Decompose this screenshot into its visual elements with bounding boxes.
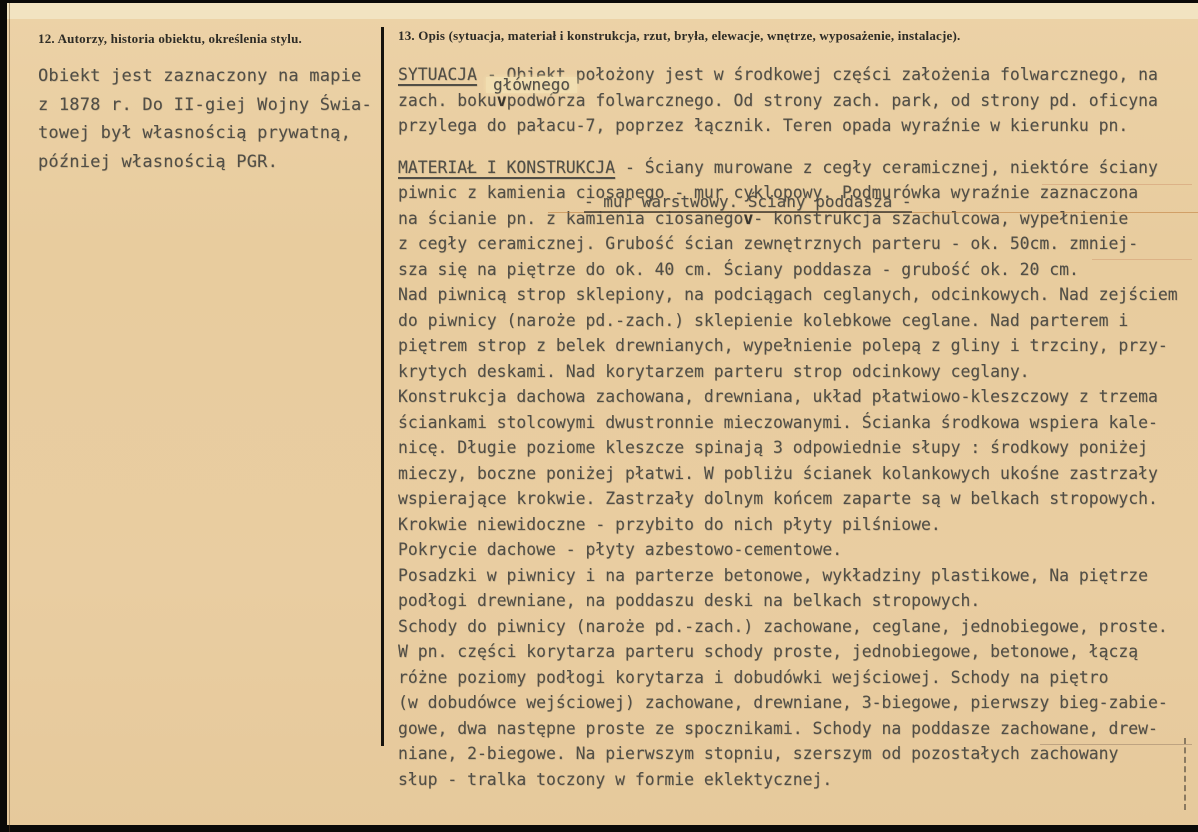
text-run: - Obiekt położony jest w środkowej częśc… bbox=[477, 65, 1158, 84]
text-line: wspierające krokwie. Zastrzały dolnym ko… bbox=[398, 486, 1194, 512]
text-line: Schody do piwnicy (naroże pd.-zach.) zac… bbox=[398, 614, 1194, 640]
text-line: później własnością PGR. bbox=[38, 148, 372, 177]
material-label: MATERIAŁ I KONSTRUKCJA bbox=[398, 158, 615, 177]
text-line: mieczy, boczne poniżej płatwi. W pobliżu… bbox=[398, 461, 1194, 487]
scan-artifact-dashes bbox=[1184, 738, 1186, 810]
text-line: sza się na piętrze do ok. 40 cm. Ściany … bbox=[398, 257, 1194, 283]
text-line: piętrem strop z belek drewnianych, wypeł… bbox=[398, 333, 1194, 359]
text-line: Krokwie niewidoczne - przybito do nich p… bbox=[398, 512, 1194, 538]
section-12-header: 12. Autorzy, historia obiektu, określeni… bbox=[38, 31, 302, 47]
section-12-body: Obiekt jest zaznaczony na mapiez 1878 r.… bbox=[38, 62, 372, 176]
column-divider bbox=[381, 27, 384, 746]
text-line: głównegozach. bokuvpodwórza folwarcznego… bbox=[398, 88, 1194, 114]
text-line: Konstrukcja dachowa zachowana, drewniana… bbox=[398, 384, 1194, 410]
text-run: zach. boku bbox=[398, 91, 497, 110]
situation-paragraph: SYTUACJA - Obiekt położony jest w środko… bbox=[398, 62, 1194, 139]
paper-fold-line bbox=[9, 3, 10, 832]
text-line: - mur warstwowy. Ściany poddasza -na ści… bbox=[398, 206, 1194, 232]
section-13-body: SYTUACJA - Obiekt położony jest w środko… bbox=[398, 62, 1194, 792]
interlinear-insertion: - mur warstwowy. Ściany poddasza - bbox=[584, 194, 912, 213]
text-line: Pokrycie dachowe - płyty azbestowo-cemen… bbox=[398, 537, 1194, 563]
text-line: towej był własnością prywatną, bbox=[38, 119, 372, 148]
text-line: z cegły ceramicznej. Grubość ścian zewnę… bbox=[398, 231, 1194, 257]
text-run: - Ściany murowane z cegły ceramicznej, n… bbox=[615, 158, 1158, 177]
text-line: W pn. części korytarza parteru schody pr… bbox=[398, 639, 1194, 665]
text-line: Nad piwnicą strop sklepiony, na podciąga… bbox=[398, 282, 1194, 308]
text-line: z 1878 r. Do II-giej Wojny Świa- bbox=[38, 91, 372, 120]
situation-label: SYTUACJA bbox=[398, 65, 477, 84]
text-line: gowe, dwa następne proste ze spocznikami… bbox=[398, 716, 1194, 742]
scan-artifact-line bbox=[1040, 744, 1192, 745]
paper-light-band bbox=[6, 3, 1198, 19]
text-line: podłogi drewniane, na poddaszu deski na … bbox=[398, 588, 1194, 614]
text-line: Posadzki w piwnicy i na parterze betonow… bbox=[398, 563, 1194, 589]
scan-edge-top bbox=[0, 0, 1198, 3]
scan-artifact-line bbox=[1092, 259, 1192, 260]
text-line: przylega do pałacu-7, poprzez łącznik. T… bbox=[398, 113, 1194, 139]
scan-edge-left bbox=[0, 0, 7, 832]
text-line: do piwnicy (naroże pd.-zach.) sklepienie… bbox=[398, 308, 1194, 334]
text-line: nicę. Długie poziome kleszcze spinają 3 … bbox=[398, 435, 1194, 461]
section-13-header: 13. Opis (sytuacja, materiał i konstrukc… bbox=[398, 28, 961, 44]
text-line: krytych deskami. Nad korytarzem parteru … bbox=[398, 359, 1194, 385]
text-line: różne poziomy podłogi korytarza i dobudó… bbox=[398, 665, 1194, 691]
text-line: ściankami stolcowymi dwustronnie mieczow… bbox=[398, 410, 1194, 436]
material-paragraph: MATERIAŁ I KONSTRUKCJA - Ściany murowane… bbox=[398, 155, 1194, 793]
text-run: podwórza folwarcznego. Od strony zach. p… bbox=[507, 91, 1158, 110]
scan-edge-bottom bbox=[0, 825, 1198, 832]
text-line: (w dobudówce wejściowej) zachowane, drew… bbox=[398, 690, 1194, 716]
interlinear-insertion: głównego bbox=[486, 77, 577, 93]
scan-artifact-line bbox=[1042, 184, 1192, 185]
text-line: Obiekt jest zaznaczony na mapie bbox=[38, 62, 372, 91]
text-line: MATERIAŁ I KONSTRUKCJA - Ściany murowane… bbox=[398, 155, 1194, 181]
text-line: słup - tralka toczony w formie eklektycz… bbox=[398, 767, 1194, 793]
scanned-document-page: 12. Autorzy, historia obiektu, określeni… bbox=[0, 0, 1198, 832]
